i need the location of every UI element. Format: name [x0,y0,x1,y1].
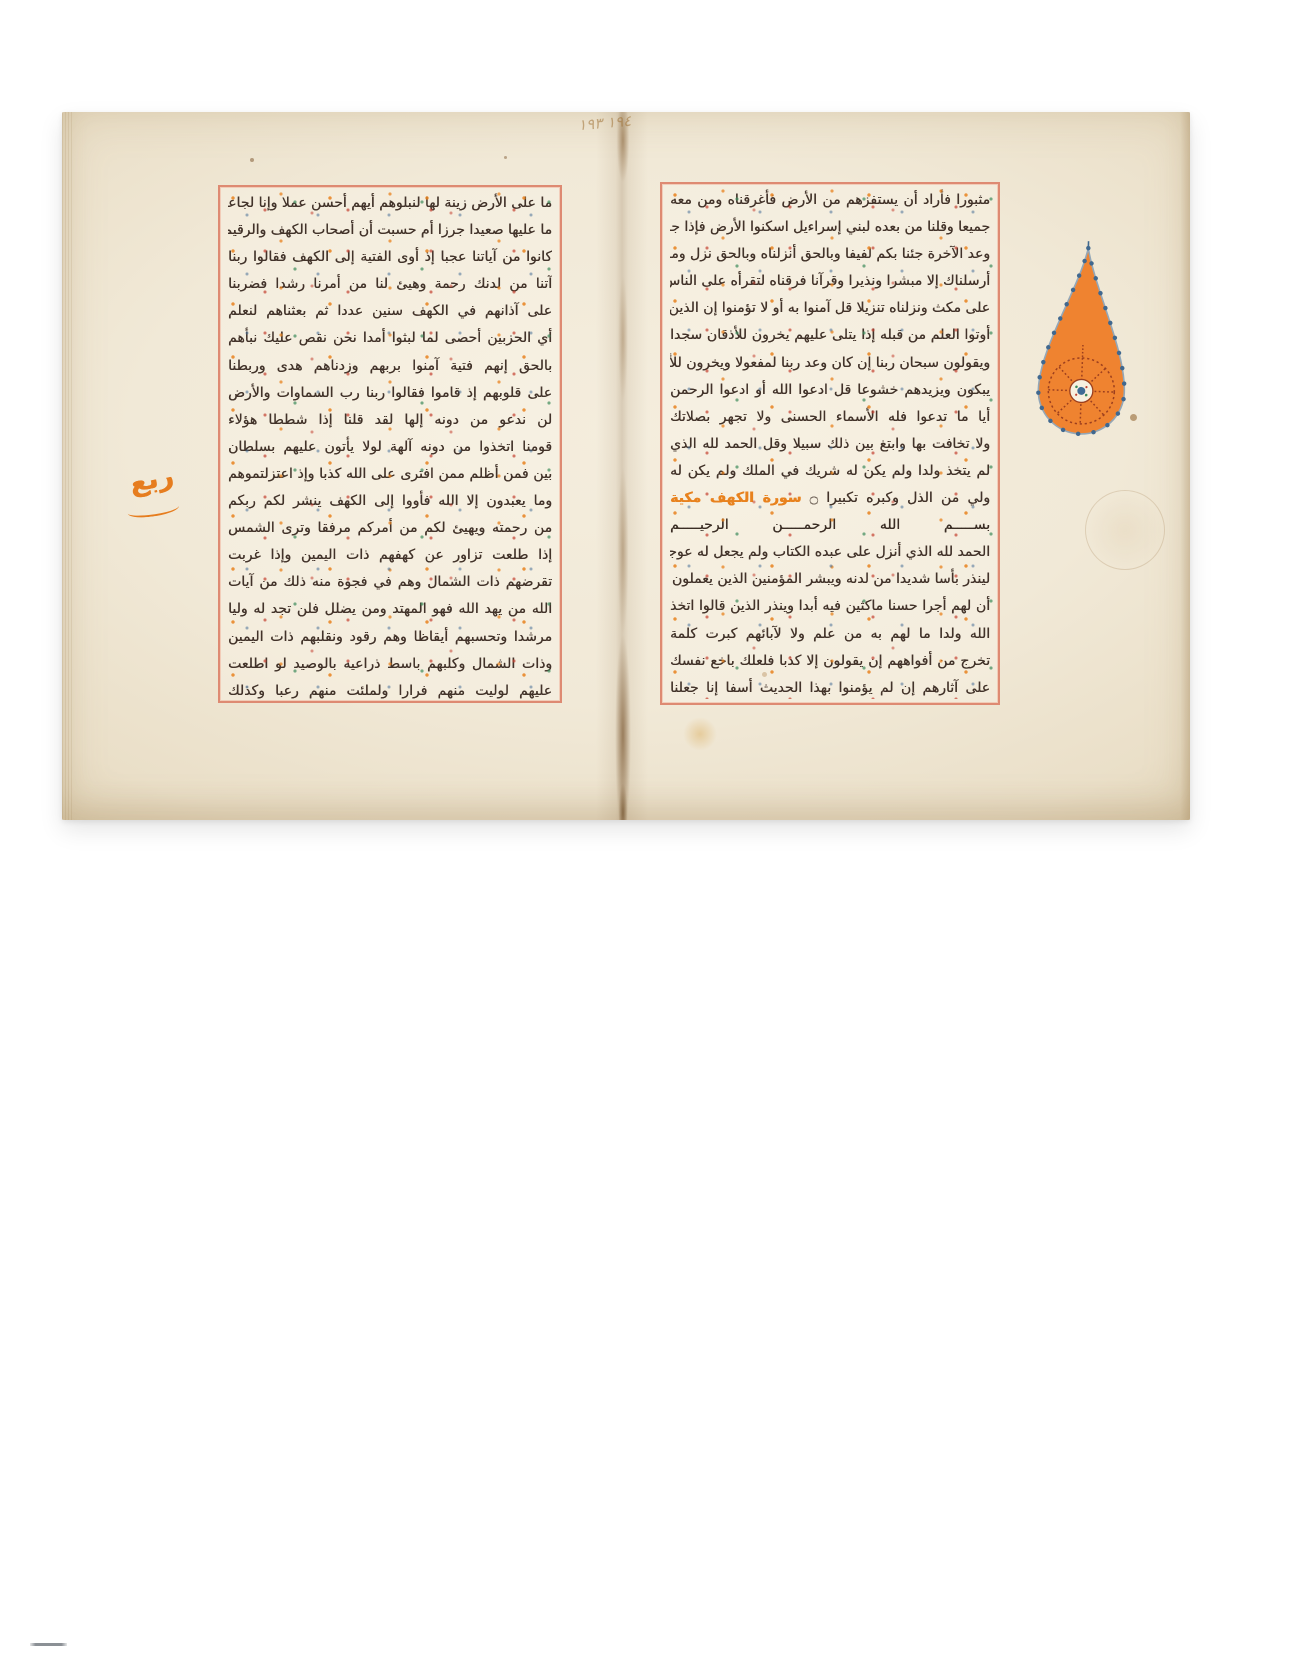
folio-number-inscription: ١٩٤ ١٩٣ [539,108,671,145]
quran-text-line: الله ولدا ما لهم به من علم ولا لآبائهم ك… [670,621,990,648]
paper-stain [250,158,254,162]
page-stack-edge-left [62,112,74,820]
quran-text-line: أي الحزبين أحصى لما لبثوا أمدا نحن نقص ع… [228,325,552,352]
quran-text-line: ويقولون سبحان ربنا إن كان وعد ربنا لمفعو… [670,350,990,377]
quran-text-line: بالحق إنهم فتية آمنوا بربهم وزدناهم هدى … [228,353,552,380]
quran-text-line: أيا ما تدعوا فله الأسماء الحسنى ولا تجهر… [670,404,990,431]
quran-text-line: مرشدا وتحسبهم أيقاظا وهم رقود ونقلبهم ذا… [228,624,552,651]
quran-text-line: ولا تخافت بها وابتغ بين ذلك سبيلا وقل ال… [670,431,990,458]
quran-text-line: آتنا من لدنك رحمة وهيئ لنا من أمرنا رشدا… [228,271,552,298]
page-stack-edge-right [1180,112,1190,820]
quran-text-line: ما على الأرض زينة لها لنبلوهم أيهم أحسن … [228,190,552,217]
quran-text-line: على آذانهم في الكهف سنين عددا ثم بعثناهم… [228,298,552,325]
scan-artifact-line [30,1643,67,1646]
quran-text-line: وذات الشمال وكلبهم باسط ذراعيه بالوصيد ل… [228,651,552,678]
quran-text-line: ولي من الذل وكبره تكبيرا ۝ سورة الكهف مك… [670,485,990,512]
binding-gutter-stain [610,112,636,820]
quran-text-line: على آثارهم إن لم يؤمنوا بهذا الحديث أسفا… [670,675,990,702]
quran-text-line: كانوا من آياتنا عجبا إذ أوى الفتية إلى ا… [228,244,552,271]
quran-text-line: على قلوبهم إذ قاموا فقالوا ربنا رب السما… [228,380,552,407]
quran-text-line: على مكث ونزلناه تنزيلا قل آمنوا به أو لا… [670,295,990,322]
quran-text-line: جميعا وقلنا من بعده لبني إسراءيل اسكنوا … [670,214,990,241]
quran-text-line: لم يتخذ ولدا ولم يكن له شريك في الملك ول… [670,458,990,485]
right-page-text-block: مثبورا فأراد أن يستفزهم من الأرض فأغرقنا… [660,182,1000,705]
quran-text-line: لن ندعو من دونه إلها لقد قلنا إذا شططا ه… [228,407,552,434]
quran-text-line: أوتوا العلم من قبله إذا يتلى عليهم يخرون… [670,322,990,349]
quran-text-line: تقرضهم ذات الشمال وهم في فجوة منه ذلك من… [228,569,552,596]
quran-text-line: بين فمن أظلم ممن افترى على الله كذبا وإذ… [228,461,552,488]
basmala-line: بســـــم الله الرحمـــــن الرحيـــــم [670,512,990,539]
manuscript-photo: ١٩٤ ١٩٣ ما على الأرض زينة لها لنبلوهم أي… [62,112,1190,820]
surah-heading: سورة الكهف مكية [670,490,801,506]
hizb-quarter-marker: ربع [109,456,199,529]
quran-text-line: إذا طلعت تزاور عن كهفهم ذات اليمين وإذا … [228,542,552,569]
verse-text: ولي من الذل وكبره تكبيرا [826,490,990,506]
quran-text-line: قومنا اتخذوا من دونه آلهة لولا يأتون علي… [228,434,552,461]
quran-text-line: الحمد لله الذي أنزل على عبده الكتاب ولم … [670,539,990,566]
quran-text-line: ما عليها صعيدا جرزا أم حسبت أن أصحاب الك… [228,217,552,244]
left-page-text-block: ما على الأرض زينة لها لنبلوهم أيهم أحسن … [218,185,562,703]
quran-text-line: تخرج من أفواههم إن يقولون إلا كذبا فلعلك… [670,648,990,675]
quran-text-line: من رحمته ويهيئ لكم من أمركم مرفقا وترى ا… [228,515,552,542]
quran-text-line: وعد الآخرة جئنا بكم لفيفا وبالحق أنزلناه… [670,241,990,268]
surah-medallion-ornament-icon [1029,239,1138,446]
quran-text-line: الله من يهد الله فهو المهتد ومن يضلل فلن… [228,596,552,623]
quran-text-line: عليهم لوليت منهم فرارا ولملئت منهم رعبا … [228,678,552,705]
quran-text-line: أرسلناك إلا مبشرا ونذيرا وقرآنا فرقناه ل… [670,268,990,295]
paper-stain [504,156,507,159]
quran-text-line: وما يعبدون إلا الله فأووا إلى الكهف ينشر… [228,488,552,515]
quran-text-line: يبكون ويزيدهم خشوعا قل ادعوا الله أو ادع… [670,377,990,404]
quran-text-line: أن لهم أجرا حسنا ماكثين فيه أبدا وينذر ا… [670,593,990,620]
quran-text-line: مثبورا فأراد أن يستفزهم من الأرض فأغرقنا… [670,187,990,214]
paper-stain [1085,490,1165,570]
quran-text-line: لينذر بأسا شديدا من لدنه ويبشر المؤمنين … [670,566,990,593]
paper-stain [682,717,718,751]
